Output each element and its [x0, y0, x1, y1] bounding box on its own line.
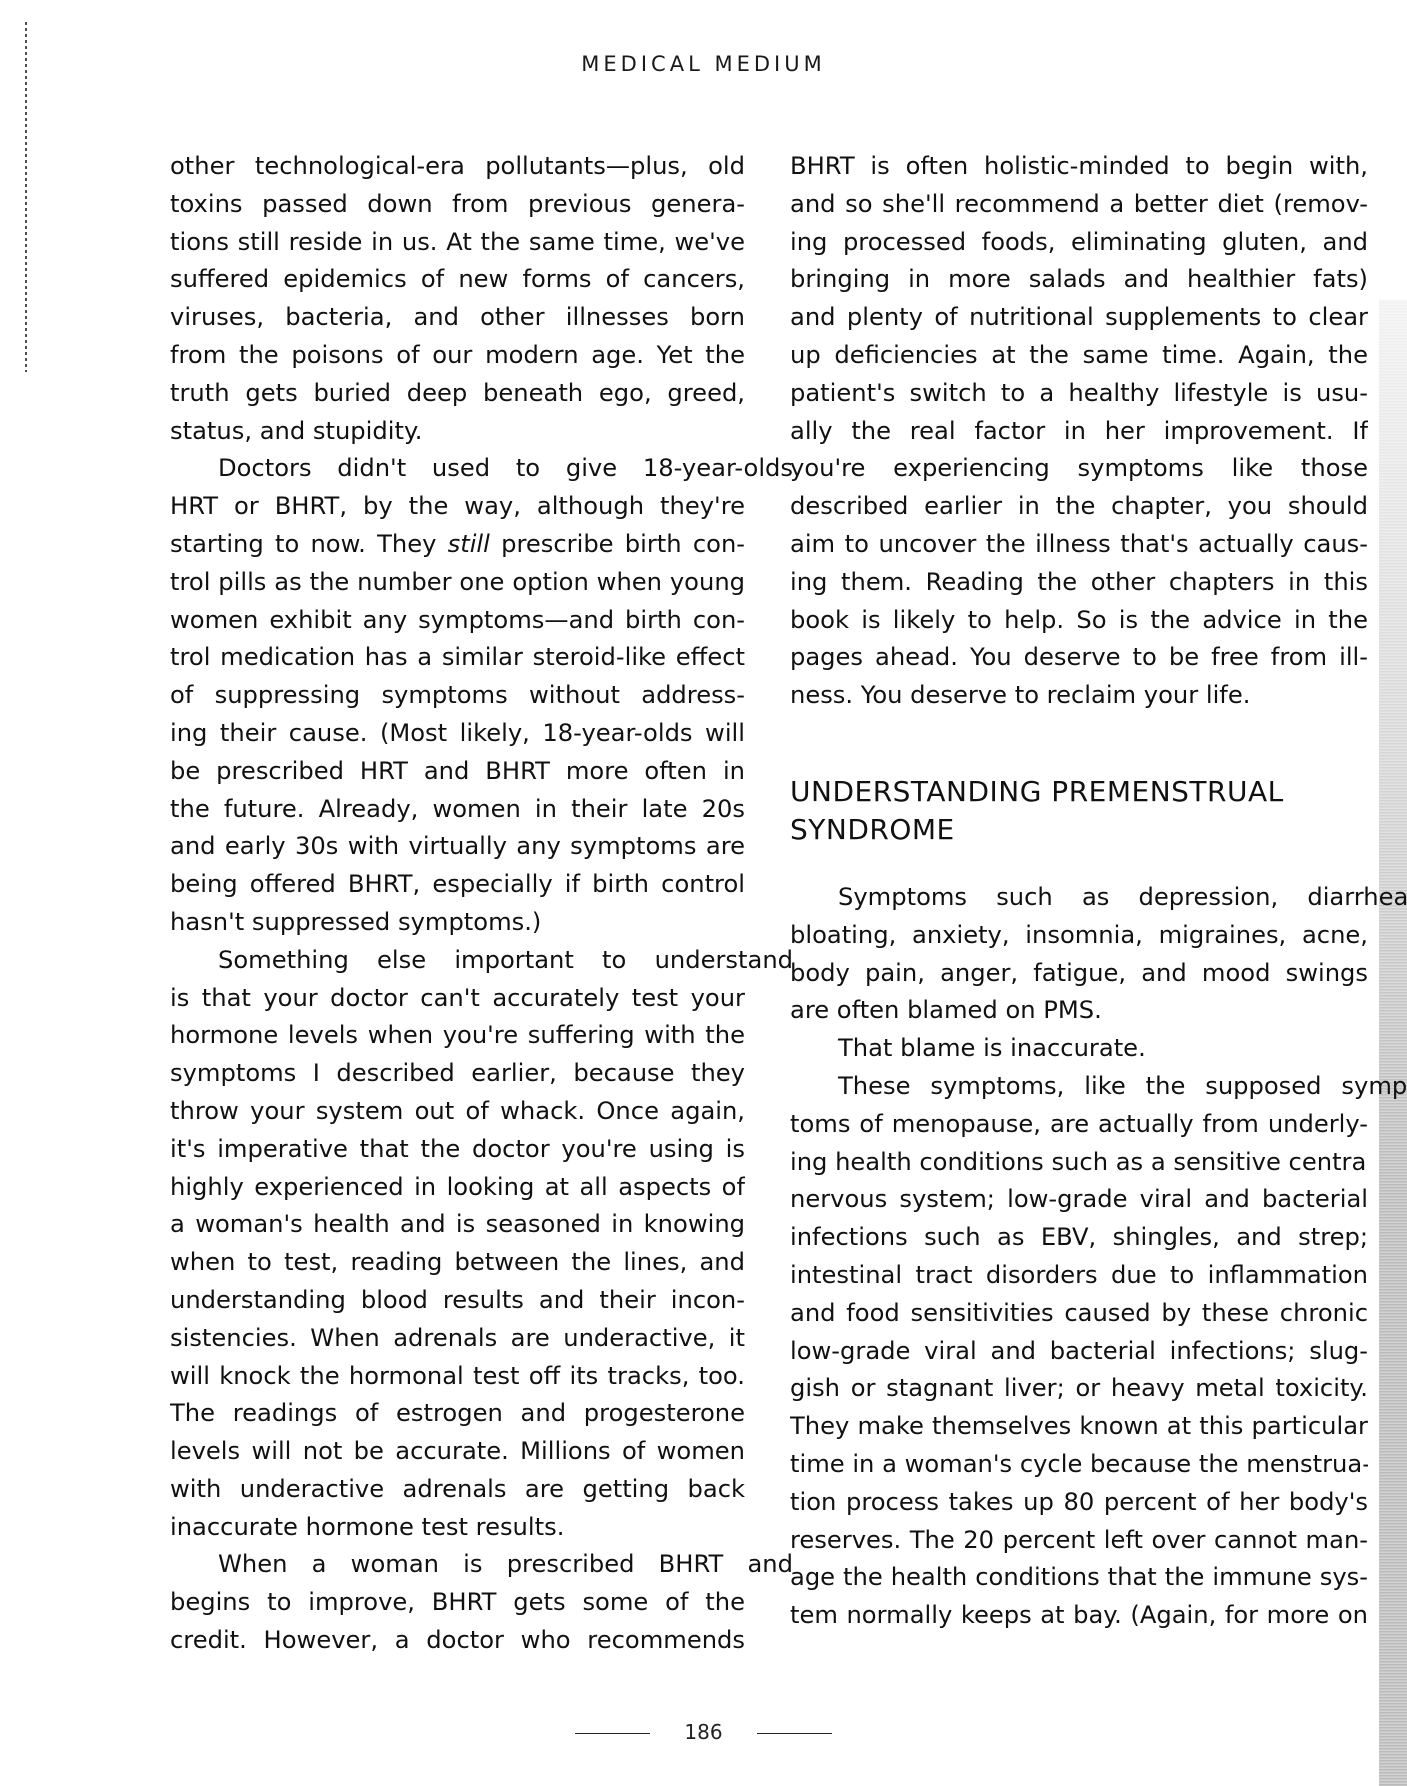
text-line: ness. You deserve to reclaim your life.	[790, 677, 1368, 715]
text-line: bloating, anxiety, insomnia, migraines, …	[790, 917, 1368, 955]
text-line: low-grade viral and bacterial infections…	[790, 1333, 1368, 1371]
text-line: ing them. Reading the other chapters in …	[790, 564, 1368, 602]
text-line: Symptoms such as depression, diarrhea,	[790, 879, 1407, 917]
emphasized-word: still	[448, 530, 490, 558]
text-line: ally the real factor in her improvement.…	[790, 413, 1368, 451]
text-line: toxins passed down from previous genera-	[170, 186, 745, 224]
text-line: nervous system; low-grade viral and bact…	[790, 1181, 1368, 1219]
text-line: hasn't suppressed symptoms.)	[170, 904, 745, 942]
text-line: trol medication has a similar steroid-li…	[170, 639, 745, 677]
text-line: toms of menopause, are actually from und…	[790, 1106, 1368, 1144]
text-line: ing their cause. (Most likely, 18-year-o…	[170, 715, 745, 753]
text-line: viruses, bacteria, and other illnesses b…	[170, 299, 745, 337]
text-line: be prescribed HRT and BHRT more often in	[170, 753, 745, 791]
text-line: begins to improve, BHRT gets some of the	[170, 1584, 745, 1622]
text-line: That blame is inaccurate.	[790, 1030, 1407, 1068]
text-line: HRT or BHRT, by the way, although they'r…	[170, 488, 745, 526]
text-line: and plenty of nutritional supplements to…	[790, 299, 1368, 337]
text-line: status, and stupidity.	[170, 413, 745, 451]
text-line: up deficiencies at the same time. Again,…	[790, 337, 1368, 375]
text-line: Doctors didn't used to give 18-year-olds	[170, 450, 793, 488]
right-column-section-body: Symptoms such as depression, diarrhea,bl…	[790, 879, 1368, 1635]
text-line: tion process takes up 80 percent of her …	[790, 1484, 1368, 1522]
text-line: it's imperative that the doctor you're u…	[170, 1131, 745, 1169]
text-line: The readings of estrogen and progesteron…	[170, 1395, 745, 1433]
text-line: credit. However, a doctor who recommends	[170, 1622, 745, 1660]
text-line: levels will not be accurate. Millions of…	[170, 1433, 745, 1471]
text-line: when to test, reading between the lines,…	[170, 1244, 745, 1282]
footer-rule-left	[575, 1733, 650, 1734]
text-line: Something else important to understand	[170, 942, 793, 980]
text-line: women exhibit any symptoms—and birth con…	[170, 602, 745, 640]
text-line: and so she'll recommend a better diet (r…	[790, 186, 1368, 224]
text-line: and early 30s with virtually any symptom…	[170, 828, 745, 866]
text-line: with underactive adrenals are getting ba…	[170, 1471, 745, 1509]
text-line: pages ahead. You deserve to be free from…	[790, 639, 1368, 677]
text-line: bringing in more salads and healthier fa…	[790, 261, 1368, 299]
text-line: symptoms I described earlier, because th…	[170, 1055, 745, 1093]
text-line: tions still reside in us. At the same ti…	[170, 224, 745, 262]
text-line: ing health conditions such as a sensitiv…	[790, 1144, 1368, 1182]
section-heading: UNDERSTANDING PREMENSTRUAL SYNDROME	[790, 773, 1368, 849]
text-line: time in a woman's cycle because the mens…	[790, 1446, 1368, 1484]
page-footer: 186	[0, 1720, 1407, 1744]
text-line: starting to now. They still prescribe bi…	[170, 526, 745, 564]
text-line: sistencies. When adrenals are underactiv…	[170, 1320, 745, 1358]
text-line: truth gets buried deep beneath ego, gree…	[170, 375, 745, 413]
section-heading-line-2: SYNDROME	[790, 811, 1368, 849]
text-line: you're experiencing symptoms like those	[790, 450, 1368, 488]
text-line: tem normally keeps at bay. (Again, for m…	[790, 1597, 1368, 1635]
right-text-column: BHRT is often holistic-minded to begin w…	[790, 148, 1368, 1635]
text-line: highly experienced in looking at all asp…	[170, 1169, 745, 1207]
text-line: understanding blood results and their in…	[170, 1282, 745, 1320]
text-line: intestinal tract disorders due to inflam…	[790, 1257, 1368, 1295]
text-line: patient's switch to a healthy lifestyle …	[790, 375, 1368, 413]
text-line: throw your system out of whack. Once aga…	[170, 1093, 745, 1131]
text-line: infections such as EBV, shingles, and st…	[790, 1219, 1368, 1257]
right-column-paragraph: BHRT is often holistic-minded to begin w…	[790, 148, 1368, 715]
text-line: other technological-era pollutants—plus,…	[170, 148, 745, 186]
left-text-column: other technological-era pollutants—plus,…	[170, 148, 700, 1660]
text-line: a woman's health and is seasoned in know…	[170, 1206, 745, 1244]
footer-rule-right	[757, 1733, 832, 1734]
text-line: are often blamed on PMS.	[790, 992, 1368, 1030]
section-heading-line-1: UNDERSTANDING PREMENSTRUAL	[790, 773, 1368, 811]
text-line: book is likely to help. So is the advice…	[790, 602, 1368, 640]
text-line: inaccurate hormone test results.	[170, 1509, 745, 1547]
text-line: reserves. The 20 percent left over canno…	[790, 1522, 1368, 1560]
text-line: suffered epidemics of new forms of cance…	[170, 261, 745, 299]
text-line: BHRT is often holistic-minded to begin w…	[790, 148, 1368, 186]
text-line: These symptoms, like the supposed symp-	[790, 1068, 1407, 1106]
text-line: is that your doctor can't accurately tes…	[170, 980, 745, 1018]
text-line: being offered BHRT, especially if birth …	[170, 866, 745, 904]
text-line: hormone levels when you're suffering wit…	[170, 1017, 745, 1055]
book-page: MEDICAL MEDIUM other technological-era p…	[0, 0, 1407, 1786]
text-line: the future. Already, women in their late…	[170, 791, 745, 829]
text-line: body pain, anger, fatigue, and mood swin…	[790, 955, 1368, 993]
text-line: When a woman is prescribed BHRT and	[170, 1546, 793, 1584]
text-line: They make themselves known at this parti…	[790, 1408, 1368, 1446]
running-header: MEDICAL MEDIUM	[0, 52, 1407, 76]
text-line: and food sensitivities caused by these c…	[790, 1295, 1368, 1333]
text-line: ing processed foods, eliminating gluten,…	[790, 224, 1368, 262]
text-line: aim to uncover the illness that's actual…	[790, 526, 1368, 564]
text-line: described earlier in the chapter, you sh…	[790, 488, 1368, 526]
text-line: gish or stagnant liver; or heavy metal t…	[790, 1370, 1368, 1408]
page-number: 186	[684, 1720, 722, 1744]
text-line: trol pills as the number one option when…	[170, 564, 745, 602]
text-line: from the poisons of our modern age. Yet …	[170, 337, 745, 375]
text-line: age the health conditions that the immun…	[790, 1559, 1368, 1597]
text-line: of suppressing symptoms without address-	[170, 677, 745, 715]
text-line: will knock the hormonal test off its tra…	[170, 1358, 745, 1396]
text-segment: starting to now. They	[170, 530, 448, 558]
text-segment: prescribe birth con-	[490, 530, 745, 558]
